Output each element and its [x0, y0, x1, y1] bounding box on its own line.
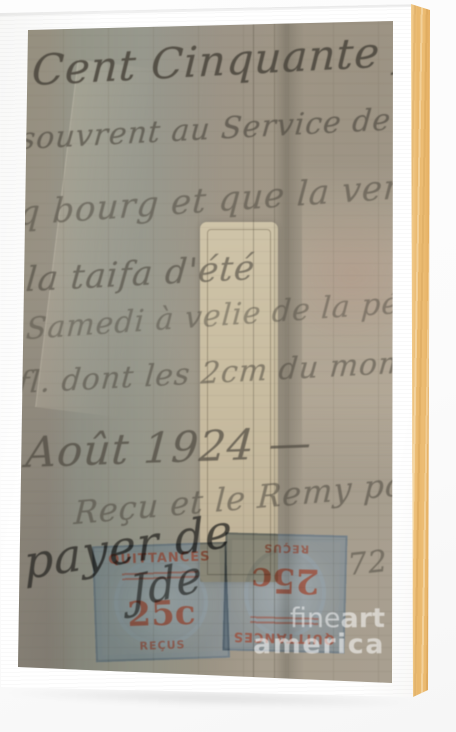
stamp-footer-text: REÇUS: [95, 637, 229, 655]
watermark-word-america: america: [253, 632, 385, 658]
wood-print-product-photo: Cent Cinquante fr souvrent au Service de…: [0, 0, 456, 732]
revenue-stamp-left: QUITTANCES 25c REÇUS: [92, 542, 230, 663]
stamp-value-text: 25c: [94, 592, 229, 637]
artwork-print-area: Cent Cinquante fr souvrent au Service de…: [18, 20, 393, 684]
artwork-collage: Cent Cinquante fr souvrent au Service de…: [18, 20, 393, 684]
fineartamerica-watermark: fineart america: [253, 606, 385, 659]
stamp-value-text: 25c: [224, 558, 347, 601]
handwriting-line-date: Août 1924 —: [24, 418, 313, 477]
stamp-footer-text: REÇUS: [225, 540, 347, 556]
handwriting-number: 72: [346, 544, 390, 583]
stamp-header-text: QUITTANCES: [92, 549, 226, 569]
watermark-word-fine: fine: [290, 603, 341, 634]
